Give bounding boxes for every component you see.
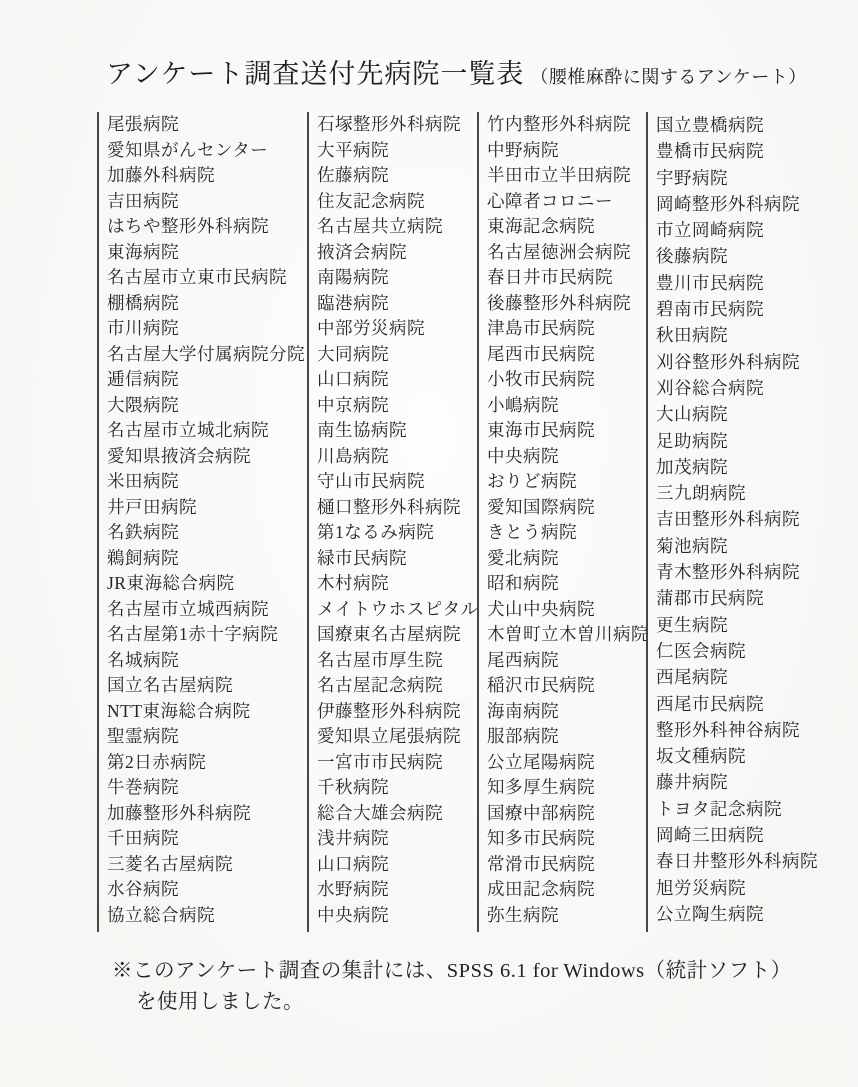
hospital-name: 守山市民病院 xyxy=(317,469,477,495)
hospital-name: 後藤病院 xyxy=(656,243,846,269)
hospital-name: 海南病院 xyxy=(487,699,646,725)
hospital-column-3: 竹内整形外科病院中野病院半田市立半田病院心障者コロニー東海記念病院名古屋徳洲会病… xyxy=(477,112,646,932)
hospital-name: 南陽病院 xyxy=(317,265,477,291)
hospital-name: 春日井市民病院 xyxy=(487,265,646,291)
hospital-name: 樋口整形外科病院 xyxy=(317,495,477,521)
hospital-name: 更生病院 xyxy=(656,612,846,638)
hospital-name: 臨港病院 xyxy=(317,291,477,317)
hospital-name: 坂文種病院 xyxy=(656,743,846,769)
hospital-name: 水谷病院 xyxy=(107,877,307,903)
hospital-name: 岡崎整形外科病院 xyxy=(656,191,846,217)
hospital-name: 津島市民病院 xyxy=(487,316,646,342)
hospital-name: 中央病院 xyxy=(487,444,646,470)
hospital-name: 第1なるみ病院 xyxy=(317,520,477,546)
hospital-name: 尾張病院 xyxy=(107,112,307,138)
hospital-name: 中部労災病院 xyxy=(317,316,477,342)
hospital-name: 総合大雄会病院 xyxy=(317,801,477,827)
hospital-name: JR東海総合病院 xyxy=(107,571,307,597)
hospital-name: トヨタ記念病院 xyxy=(656,796,846,822)
hospital-name: 名城病院 xyxy=(107,648,307,674)
hospital-table: 尾張病院愛知県がんセンター加藤外科病院吉田病院はちや整形外科病院東海病院名古屋市… xyxy=(97,112,846,932)
hospital-name: 加藤外科病院 xyxy=(107,163,307,189)
page-title: アンケート調査送付先病院一覧表（腰椎麻酔に関するアンケート） xyxy=(106,52,807,91)
hospital-name: 掖済会病院 xyxy=(317,240,477,266)
hospital-name: 木曽町立木曽川病院 xyxy=(487,622,646,648)
hospital-name: 旭労災病院 xyxy=(656,875,846,901)
hospital-name: 春日井整形外科病院 xyxy=(656,848,846,874)
hospital-name: NTT東海総合病院 xyxy=(107,699,307,725)
hospital-name: 名古屋市立城北病院 xyxy=(107,418,307,444)
hospital-name: 青木整形外科病院 xyxy=(656,559,846,585)
hospital-name: 名古屋大学付属病院分院 xyxy=(107,342,307,368)
footnote-line-1: ※このアンケート調査の集計には、SPSS 6.1 for Windows（統計ソ… xyxy=(112,956,792,987)
hospital-name: 東海病院 xyxy=(107,240,307,266)
hospital-name: 三菱名古屋病院 xyxy=(107,852,307,878)
hospital-name: 中央病院 xyxy=(317,903,477,929)
hospital-name: 千田病院 xyxy=(107,826,307,852)
hospital-name: 宇野病院 xyxy=(656,165,846,191)
hospital-name: 三九朗病院 xyxy=(656,480,846,506)
hospital-name: 名古屋市厚生院 xyxy=(317,648,477,674)
hospital-name: 山口病院 xyxy=(317,367,477,393)
hospital-name: 緑市民病院 xyxy=(317,546,477,572)
hospital-name: 足助病院 xyxy=(656,428,846,454)
hospital-name: 米田病院 xyxy=(107,469,307,495)
hospital-name: 愛北病院 xyxy=(487,546,646,572)
hospital-name: 国立豊橋病院 xyxy=(656,112,846,138)
hospital-name: 名古屋記念病院 xyxy=(317,673,477,699)
hospital-name: 服部病院 xyxy=(487,724,646,750)
hospital-name: 成田記念病院 xyxy=(487,877,646,903)
hospital-name: 川島病院 xyxy=(317,444,477,470)
page-title-sub: （腰椎麻酔に関するアンケート） xyxy=(530,67,806,87)
hospital-name: メイトウホスピタル xyxy=(317,597,477,623)
hospital-name: 名古屋徳洲会病院 xyxy=(487,240,646,266)
hospital-name: 逓信病院 xyxy=(107,367,307,393)
footnote: ※このアンケート調査の集計には、SPSS 6.1 for Windows（統計ソ… xyxy=(112,956,792,1018)
hospital-name: 市立岡崎病院 xyxy=(656,217,846,243)
hospital-column-2: 石塚整形外科病院大平病院佐藤病院住友記念病院名古屋共立病院掖済会病院南陽病院臨港… xyxy=(307,112,477,932)
hospital-name: 昭和病院 xyxy=(487,571,646,597)
hospital-name: おりど病院 xyxy=(487,469,646,495)
hospital-name: 南生協病院 xyxy=(317,418,477,444)
hospital-name: 吉田病院 xyxy=(107,189,307,215)
hospital-name: 浅井病院 xyxy=(317,826,477,852)
hospital-name: 名古屋第1赤十字病院 xyxy=(107,622,307,648)
hospital-name: 豊川市民病院 xyxy=(656,270,846,296)
hospital-name: 碧南市民病院 xyxy=(656,296,846,322)
hospital-name: 吉田整形外科病院 xyxy=(656,506,846,532)
hospital-name: 東海市民病院 xyxy=(487,418,646,444)
hospital-name: 西尾病院 xyxy=(656,664,846,690)
hospital-name: 第2日赤病院 xyxy=(107,750,307,776)
hospital-name: 豊橋市民病院 xyxy=(656,138,846,164)
hospital-name: 伊藤整形外科病院 xyxy=(317,699,477,725)
hospital-name: 蒲郡市民病院 xyxy=(656,585,846,611)
page-title-main: アンケート調査送付先病院一覧表 xyxy=(106,59,524,89)
hospital-name: 尾西市民病院 xyxy=(487,342,646,368)
hospital-name: 大平病院 xyxy=(317,138,477,164)
hospital-name: 加茂病院 xyxy=(656,454,846,480)
hospital-name: 牛巻病院 xyxy=(107,775,307,801)
hospital-name: 愛知県がんセンター xyxy=(107,138,307,164)
hospital-name: 国療中部病院 xyxy=(487,801,646,827)
hospital-column-4: 国立豊橋病院豊橋市民病院宇野病院岡崎整形外科病院市立岡崎病院後藤病院豊川市民病院… xyxy=(646,112,846,932)
hospital-name: 名古屋市立東市民病院 xyxy=(107,265,307,291)
hospital-name: 井戸田病院 xyxy=(107,495,307,521)
hospital-name: 一宮市市民病院 xyxy=(317,750,477,776)
hospital-name: 鵜飼病院 xyxy=(107,546,307,572)
hospital-name: 藤井病院 xyxy=(656,769,846,795)
hospital-name: 加藤整形外科病院 xyxy=(107,801,307,827)
hospital-name: 小嶋病院 xyxy=(487,393,646,419)
hospital-name: きとう病院 xyxy=(487,520,646,546)
hospital-name: 西尾市民病院 xyxy=(656,691,846,717)
hospital-name: 竹内整形外科病院 xyxy=(487,112,646,138)
hospital-name: 秋田病院 xyxy=(656,322,846,348)
hospital-name: 後藤整形外科病院 xyxy=(487,291,646,317)
hospital-name: 心障者コロニー xyxy=(487,189,646,215)
hospital-name: 岡崎三田病院 xyxy=(656,822,846,848)
hospital-name: 佐藤病院 xyxy=(317,163,477,189)
hospital-name: 稲沢市民病院 xyxy=(487,673,646,699)
hospital-name: 弥生病院 xyxy=(487,903,646,929)
hospital-name: 大隈病院 xyxy=(107,393,307,419)
hospital-name: 愛知国際病院 xyxy=(487,495,646,521)
hospital-name: 山口病院 xyxy=(317,852,477,878)
hospital-name: 半田市立半田病院 xyxy=(487,163,646,189)
hospital-name: 菊池病院 xyxy=(656,533,846,559)
hospital-name: 市川病院 xyxy=(107,316,307,342)
hospital-name: 整形外科神谷病院 xyxy=(656,717,846,743)
hospital-name: 聖霊病院 xyxy=(107,724,307,750)
hospital-name: 水野病院 xyxy=(317,877,477,903)
hospital-name: 中野病院 xyxy=(487,138,646,164)
hospital-name: 刈谷整形外科病院 xyxy=(656,349,846,375)
hospital-name: 小牧市民病院 xyxy=(487,367,646,393)
hospital-name: 木村病院 xyxy=(317,571,477,597)
hospital-name: 名鉄病院 xyxy=(107,520,307,546)
hospital-name: 棚橋病院 xyxy=(107,291,307,317)
hospital-name: 大同病院 xyxy=(317,342,477,368)
hospital-name: 公立陶生病院 xyxy=(656,901,846,927)
hospital-name: 知多厚生病院 xyxy=(487,775,646,801)
hospital-name: 石塚整形外科病院 xyxy=(317,112,477,138)
hospital-name: 愛知県立尾張病院 xyxy=(317,724,477,750)
hospital-name: 愛知県掖済会病院 xyxy=(107,444,307,470)
hospital-column-1: 尾張病院愛知県がんセンター加藤外科病院吉田病院はちや整形外科病院東海病院名古屋市… xyxy=(97,112,307,932)
hospital-name: 名古屋市立城西病院 xyxy=(107,597,307,623)
hospital-name: 住友記念病院 xyxy=(317,189,477,215)
hospital-name: はちや整形外科病院 xyxy=(107,214,307,240)
hospital-name: 千秋病院 xyxy=(317,775,477,801)
hospital-name: 公立尾陽病院 xyxy=(487,750,646,776)
hospital-name: 東海記念病院 xyxy=(487,214,646,240)
hospital-name: 知多市民病院 xyxy=(487,826,646,852)
hospital-name: 刈谷総合病院 xyxy=(656,375,846,401)
hospital-name: 国療東名古屋病院 xyxy=(317,622,477,648)
hospital-name: 尾西病院 xyxy=(487,648,646,674)
hospital-name: 大山病院 xyxy=(656,401,846,427)
hospital-name: 犬山中央病院 xyxy=(487,597,646,623)
hospital-name: 名古屋共立病院 xyxy=(317,214,477,240)
footnote-line-2: を使用しました。 xyxy=(112,987,792,1018)
hospital-name: 協立総合病院 xyxy=(107,903,307,929)
hospital-name: 中京病院 xyxy=(317,393,477,419)
hospital-name: 常滑市民病院 xyxy=(487,852,646,878)
hospital-name: 仁医会病院 xyxy=(656,638,846,664)
hospital-name: 国立名古屋病院 xyxy=(107,673,307,699)
